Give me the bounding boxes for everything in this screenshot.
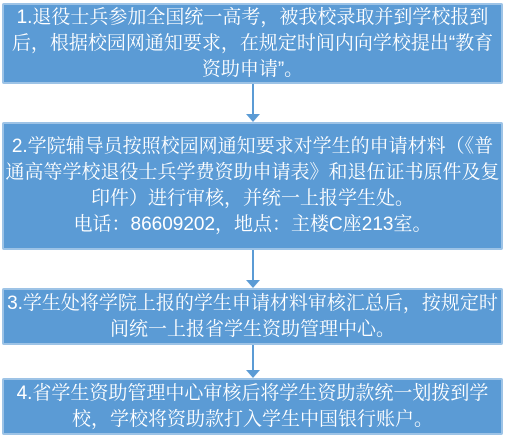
flowchart: 1.退役士兵参加全国统一高考，被我校录取并到学校报到 后，根据校园网通知要求，在… <box>0 0 505 444</box>
step-1-text-line: 后，根据校园网通知要求，在规定时间内向学校提出“教育 <box>12 31 493 57</box>
flow-arrow-1-2 <box>0 84 505 122</box>
arrowhead-down-icon <box>246 280 260 288</box>
arrow-line <box>252 345 254 370</box>
flow-step-4: 4.省学生资助管理中心审核后将学生资助款统一划拨到学 校，学校将资助款打入学生中… <box>2 378 503 435</box>
flow-arrow-3-4 <box>0 345 505 378</box>
step-3-text-line: 间统一上报省学生资助管理中心。 <box>110 317 395 343</box>
step-3-text-line: 3.学生处将学院上报的学生申请材料审核汇总后，按规定时 <box>7 291 498 317</box>
step-2-text-line: 通高等学校退役士兵学费资助申请表》和退伍证书原件及复 <box>5 160 499 186</box>
arrow-line <box>252 250 254 280</box>
flow-step-3: 3.学生处将学院上报的学生申请材料审核汇总后，按规定时 间统一上报省学生资助管理… <box>2 288 503 345</box>
step-2-text-line: 印件）进行审核，并统一上报学生处。 <box>91 186 414 212</box>
step-4-text-line: 校，学校将资助款打入学生中国银行账户。 <box>72 407 433 433</box>
flow-step-2: 2.学院辅导员按照校园网通知要求对学生的申请材料（《普 通高等学校退役士兵学费资… <box>2 122 503 250</box>
flow-step-1: 1.退役士兵参加全国统一高考，被我校录取并到学校报到 后，根据校园网通知要求，在… <box>2 3 503 84</box>
flow-arrow-2-3 <box>0 250 505 288</box>
arrowhead-down-icon <box>246 370 260 378</box>
step-4-text-line: 4.省学生资助管理中心审核后将学生资助款统一划拨到学 <box>17 381 489 407</box>
step-2-contact-line: 电话：86609202，地点：主楼C座213室。 <box>74 212 432 238</box>
arrowhead-down-icon <box>246 114 260 122</box>
step-1-text-line: 资助申请”。 <box>202 57 303 83</box>
arrow-line <box>252 84 254 114</box>
step-1-text-line: 1.退役士兵参加全国统一高考，被我校录取并到学校报到 <box>17 5 489 31</box>
step-2-text-line: 2.学院辅导员按照校园网通知要求对学生的申请材料（《普 <box>12 134 493 160</box>
